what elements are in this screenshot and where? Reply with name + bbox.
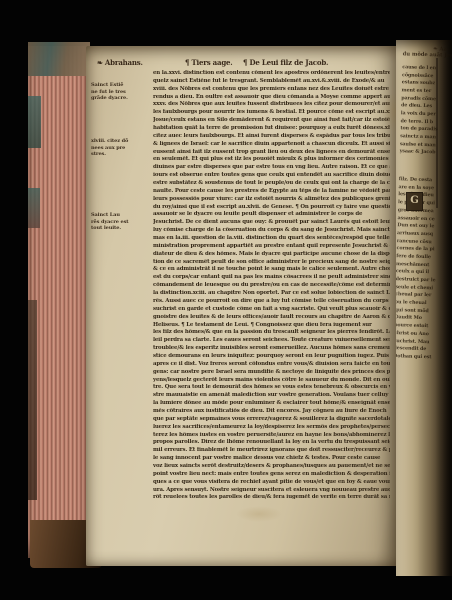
text-line: mil erreurs. Et finablemẽt le meurtrirez… [153,447,390,455]
text-line: leurs possessiõs pour viure: car ilz est… [153,196,390,204]
text-line: en seulemẽt. Et qui plus est ilz les pou… [153,156,390,164]
photo-background: ❧ Abrahans. ¶ Tiers aage. ¶ De Leui filz… [0,0,452,600]
text-line: yens/lesquelz gecterõt leurs mains viole… [153,377,390,385]
text-line: Heliseus. ¶ Le testament de Leui. ¶ Cong… [153,322,390,330]
text-line: troublee/& les esperitz inuisibles seron… [153,345,390,353]
header-left: ❧ Abrahans. [97,58,143,67]
text-line: du roy/ainsi que il est escript au.xlvii… [153,204,390,212]
margin-note-line: Sainct Lau [91,212,153,219]
text-line: les faulxbourgs pour nourrir les iumens … [153,109,390,117]
text-line: point vostre lieu nect: mais entre toute… [153,471,390,479]
text-line: que par septãte sepmaines vous errerez/v… [153,416,390,424]
margin-note-line: nees aux pre [91,145,153,152]
text-line: gens: car nostre pere Israel sera mundif… [153,369,390,377]
text-line: eussent ainsi fait ilz eussent trop gran… [153,149,390,157]
margin-note-line: rẽs dyacre est [91,219,153,226]
cover-edge-shadow [28,300,37,500]
margin-note-line: ne fut le tres [91,89,153,96]
margin-note-line: grãde dyacre. [91,95,153,102]
marble-patch [28,188,40,228]
text-line: propos parolles. Direz de lhõme renouuel… [153,439,390,447]
text-line: rõt reuelees toutes les parolles de dieu… [153,494,390,502]
text-line: gnoistre des leuites & de leurs offices/… [153,314,390,322]
text-line: assauoir se le dyacre ou leuite peult di… [153,211,390,219]
text-line: rẽs. Aussi auec ce pourroit on dire que … [153,298,390,306]
text-line: stice demourans en leurs iniquitez: pour… [153,353,390,361]
text-line: ura. Apres sensuyt. Nostre seigneur susc… [153,487,390,495]
text-line: le sang innocent par vostre malice dessu… [153,455,390,463]
text-line: xviii. des Nõbres est contenu que les pr… [153,86,390,94]
text-line: en la.xxvi. distinction est contenu cõme… [153,70,390,78]
text-line: estre substãtez & soustenus de tout le p… [153,180,390,188]
text-line: tre. Que sera tout le demourãt des hõmes… [153,384,390,392]
next-page-edge: ❧ Aadu mõde auãt Jesu cause de l encõgno… [396,40,452,576]
running-header: ❧ Abrahans. ¶ Tiers aage. ¶ De Leui filz… [86,58,396,68]
text-line: leil perdra sa clarte. Les eaues seront … [153,337,390,345]
text-line: suchrist en garde et custode cõme on fai… [153,306,390,314]
text-line: apres ce il dist. Voz freres seront cõfo… [153,361,390,369]
text-line: Josue/ceulx estans en Silo demãderent & … [153,117,390,125]
margin-note-line: xlviii. citez dõ [91,138,153,145]
text-line: diuines par estre disperses que par estr… [153,164,390,172]
text-line: & ce en administrãt il ne touche point l… [153,266,390,274]
margin-note-line: Sainct Estiẽ [91,82,153,89]
text-line: mẽs cõtraires aux iustificatiõs de dieu.… [153,408,390,416]
text-line: la lumiere dõnee au mõde pour enluminer … [153,400,390,408]
text-line: cõmandement de leuesque ou du prestre/ou… [153,282,390,290]
text-line: tion de ce sacremẽt peult de son office … [153,259,390,267]
text-line: iours est obserue entre toutes gens que … [153,172,390,180]
left-page: ❧ Abrahans. ¶ Tiers aage. ¶ De Leui filz… [86,46,396,566]
text-line: Jesuchrist. De ce dient aucuns que ouy: … [153,219,390,227]
text-line: & lignees de Israel: car le sacrifice di… [153,141,390,149]
text-line: luy cõmise charge de la cõseruation du c… [153,227,390,235]
marble-patch [28,96,41,148]
text-line: les filz des hõmes/& que en la passion d… [153,329,390,337]
text-line: citez auec leurs faulxbourgs. Et ainsi f… [153,133,390,141]
margin-note-line: stres. [91,151,153,158]
text-line: habitation quãt la terre de promission f… [153,125,390,133]
margin-note-saint-etienne: Sainct Estiẽne fut le tresgrãde dyacre. [91,82,153,102]
margin-note-line: tout leuite. [91,225,153,232]
text-line: voz lieux saincts serõt destruitz/desers… [153,463,390,471]
text-line: ministration proprement appartiẽt au pre… [153,243,390,251]
text-line: est du corps/car entant quil na pas les … [153,274,390,282]
text-line: ques a ce que vous visitera de rechief a… [153,479,390,487]
margin-note-saint-laurent: Sainct Laurẽs dyacre esttout leuite. [91,212,153,232]
page-curve-shadow [396,40,452,576]
text-line: terez les hõmes iustes en vostre peruers… [153,432,390,440]
body-text-block: en la.xxvi. distinction est contenu cõme… [153,70,390,502]
margin-note-48-cities: xlviii. citez dõnees aux prestres. [91,138,153,158]
text-line: la distinction.xciii. au chapitre Non op… [153,290,390,298]
text-line: naulte. Pour ceste cause les prestres de… [153,188,390,196]
text-line: quelz sainct Estiẽne fut le tresgrant. S… [153,78,390,86]
marbled-cover-top [28,42,90,76]
text-line: xxxv. des Nõbres que aux leuites fussent… [153,101,390,109]
paper-stain [236,506,282,522]
text-line: rendus a dieu. En oultre est assauoir qu… [153,94,390,102]
text-line: diateur de dieu & des hõmes. Mais le dya… [153,251,390,259]
text-line: mas en la.iii. question de la.viii. dist… [153,235,390,243]
text-line: stre mauuaistie en amenãt malediction su… [153,392,390,400]
header-center: ¶ Tiers aage. [185,58,233,67]
header-right: ¶ De Leui filz de Jacob. [243,58,328,67]
text-line: luerez les sacrifices/entameurez la loy/… [153,424,390,432]
